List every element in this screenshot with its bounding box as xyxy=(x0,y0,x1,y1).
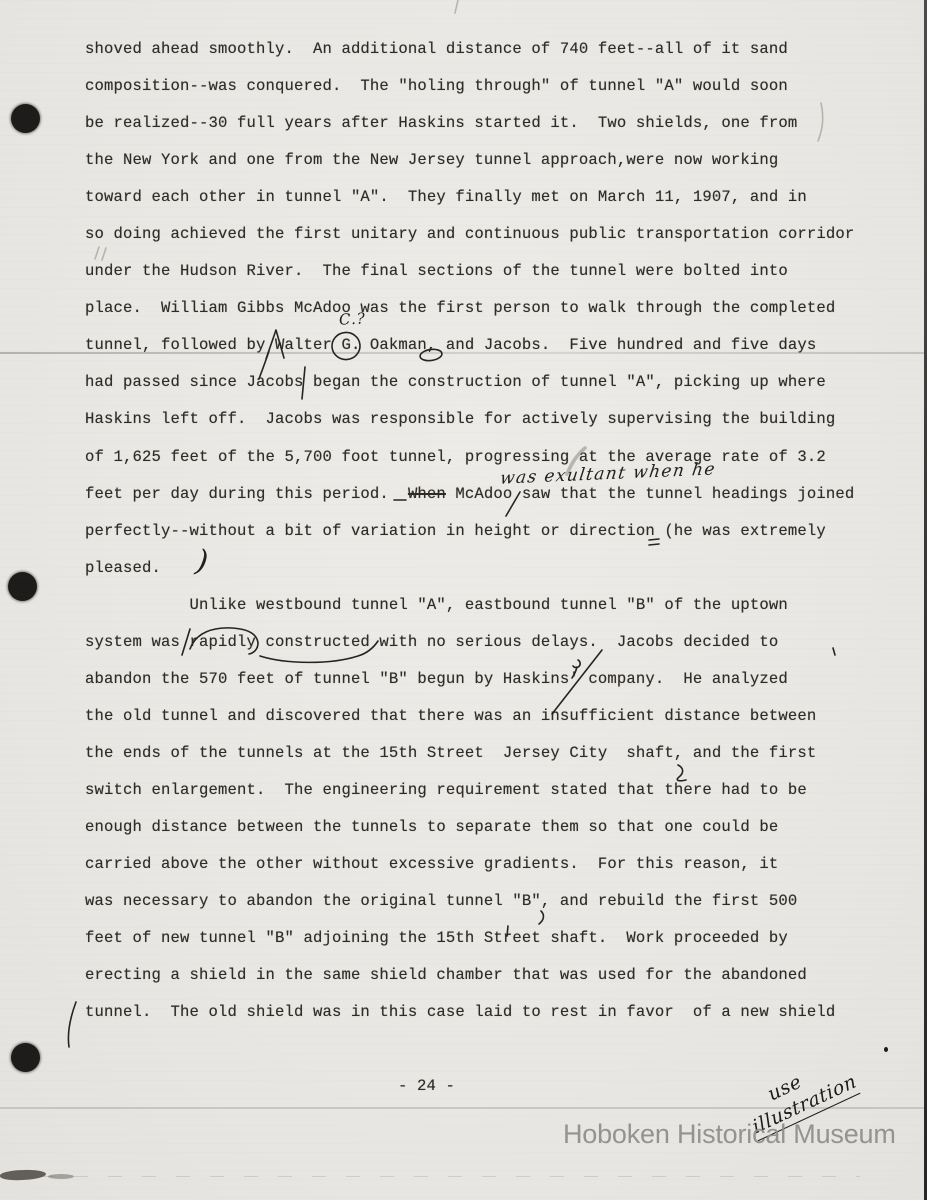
typed-line: place. William Gibbs McAdoo was the firs… xyxy=(85,299,854,336)
typed-line: the ends of the tunnels at the 15th Stre… xyxy=(85,744,854,781)
typed-line: Haskins left off. Jacobs was responsible… xyxy=(85,410,854,447)
scanned-document-page: shoved ahead smoothly. An additional dis… xyxy=(0,0,927,1200)
bottom-left-ink-smudge-faint xyxy=(48,1174,74,1179)
typed-line: switch enlargement. The engineering requ… xyxy=(85,781,854,818)
typed-line: the New York and one from the New Jersey… xyxy=(85,151,854,188)
typed-line: composition--was conquered. The "holing … xyxy=(85,77,854,114)
typed-line: enough distance between the tunnels to s… xyxy=(85,818,854,855)
hole-punch-bottom xyxy=(11,1043,40,1072)
typed-line: of 1,625 feet of the 5,700 foot tunnel, … xyxy=(85,448,854,485)
typed-line: the old tunnel and discovered that there… xyxy=(85,707,854,744)
typed-line: Unlike westbound tunnel "A", eastbound t… xyxy=(85,596,854,633)
typed-line: under the Hudson River. The final sectio… xyxy=(85,262,854,299)
handwritten-initial-correction: C.? xyxy=(339,309,367,328)
typed-line: erecting a shield in the same shield cha… xyxy=(85,966,854,1003)
typed-line: feet per day during this period. When Mc… xyxy=(85,485,854,522)
pen-dot xyxy=(884,1047,888,1052)
hole-punch-middle xyxy=(8,572,37,601)
typed-line: was necessary to abandon the original tu… xyxy=(85,892,854,929)
typed-line: so doing achieved the first unitary and … xyxy=(85,225,854,262)
typed-line: tunnel, followed by Walter G. Oakman, an… xyxy=(85,336,854,373)
typed-text-block: shoved ahead smoothly. An additional dis… xyxy=(85,40,854,1040)
typed-line: tunnel. The old shield was in this case … xyxy=(85,1003,854,1040)
bottom-left-ink-smudge xyxy=(0,1169,46,1181)
typed-line: toward each other in tunnel "A". They fi… xyxy=(85,188,854,225)
typed-line: abandon the 570 feet of tunnel "B" begun… xyxy=(85,670,854,707)
stray-tick-top-center xyxy=(455,0,458,13)
typed-line: system was rapidly constructed with no s… xyxy=(85,633,854,670)
hole-punch-top xyxy=(11,104,40,133)
typed-line: feet of new tunnel "B" adjoining the 15t… xyxy=(85,929,854,966)
page-number: - 24 - xyxy=(398,1077,455,1095)
pen-mark-stroke-before-tunnel xyxy=(68,1002,76,1047)
typed-line: had passed since Jacobs began the constr… xyxy=(85,373,854,410)
typed-line: be realized--30 full years after Haskins… xyxy=(85,114,854,151)
museum-watermark: Hoboken Historical Museum xyxy=(563,1119,896,1150)
typed-line: shoved ahead smoothly. An additional dis… xyxy=(85,40,854,77)
typed-line: carried above the other without excessiv… xyxy=(85,855,854,892)
fold-crease-bottom-dotted xyxy=(40,1176,860,1177)
